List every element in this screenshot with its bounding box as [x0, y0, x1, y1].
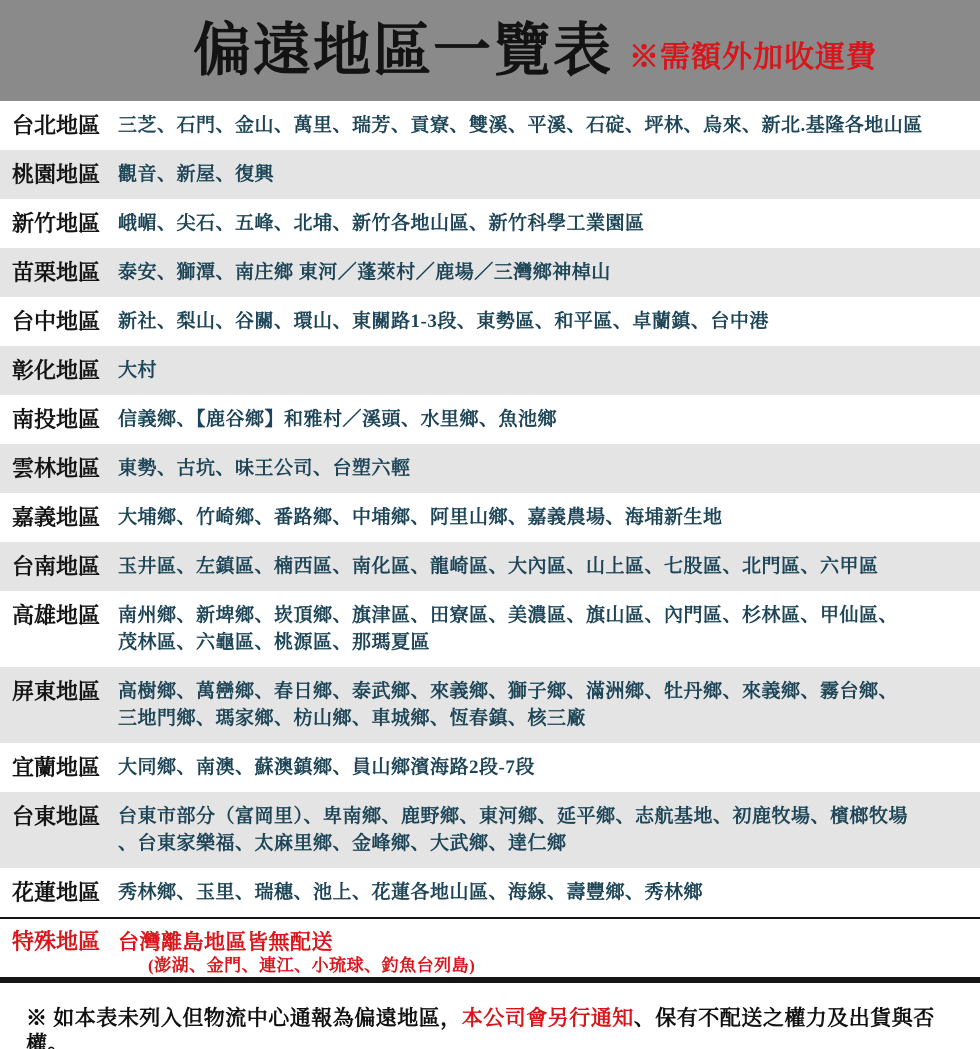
- region-areas: 三芝、石門、金山、萬里、瑞芳、貢寮、雙溪、平溪、石碇、坪林、烏來、新北.基隆各地…: [118, 112, 968, 139]
- region-label: 苗栗地區: [12, 259, 108, 286]
- region-row-taitung: 台東地區 台東市部分（富岡里）、卑南鄉、鹿野鄉、東河鄉、延平鄉、志航基地、初鹿牧…: [0, 792, 980, 868]
- regions-table: 台北地區 三芝、石門、金山、萬里、瑞芳、貢寮、雙溪、平溪、石碇、坪林、烏來、新北…: [0, 101, 980, 917]
- region-areas: 秀林鄉、玉里、瑞穗、池上、花蓮各地山區、海線、壽豐鄉、秀林鄉: [118, 879, 968, 906]
- region-areas: 新社、梨山、谷關、環山、東關路1-3段、東勢區、和平區、卓蘭鎮、台中港: [118, 308, 968, 335]
- special-region-line1: 台灣離島地區皆無配送: [118, 929, 968, 955]
- region-areas: 大村: [118, 357, 968, 384]
- special-region-content: 台灣離島地區皆無配送 (澎湖、金門、連江、小琉球、釣魚台列島): [118, 929, 968, 977]
- surcharge-note: ※需額外加收運費: [629, 43, 877, 73]
- region-label: 桃園地區: [12, 161, 108, 188]
- region-label: 台中地區: [12, 308, 108, 335]
- region-label: 新竹地區: [12, 210, 108, 237]
- region-label: 南投地區: [12, 406, 108, 433]
- footer-text-prefix: ※ 如本表未列入但物流中心通報為偏遠地區，: [26, 1006, 462, 1030]
- region-areas: 峨嵋、尖石、五峰、北埔、新竹各地山區、新竹科學工業園區: [118, 210, 968, 237]
- region-row-yunlin: 雲林地區 東勢、古坑、味王公司、台塑六輕: [0, 444, 980, 493]
- region-label: 花蓮地區: [12, 879, 108, 906]
- region-label: 台東地區: [12, 803, 108, 830]
- region-row-taichung: 台中地區 新社、梨山、谷關、環山、東關路1-3段、東勢區、和平區、卓蘭鎮、台中港: [0, 297, 980, 346]
- footer-note: ※ 如本表未列入但物流中心通報為偏遠地區，本公司會另行通知、保有不配送之權力及出…: [0, 983, 980, 1049]
- region-label: 嘉義地區: [12, 504, 108, 531]
- region-label: 宜蘭地區: [12, 754, 108, 781]
- header-band: 偏遠地區一覽表 ※需額外加收運費: [0, 0, 980, 101]
- region-areas: 觀音、新屋、復興: [118, 161, 968, 188]
- region-areas: 信義鄉、【鹿谷鄉】和雅村／溪頭、水里鄉、魚池鄉: [118, 406, 968, 433]
- region-label: 彰化地區: [12, 357, 108, 384]
- region-areas: 東勢、古坑、味王公司、台塑六輕: [118, 455, 968, 482]
- region-row-chiayi: 嘉義地區 大埔鄉、竹崎鄉、番路鄉、中埔鄉、阿里山鄉、嘉義農場、海埔新生地: [0, 493, 980, 542]
- region-label: 台南地區: [12, 553, 108, 580]
- region-areas: 大埔鄉、竹崎鄉、番路鄉、中埔鄉、阿里山鄉、嘉義農場、海埔新生地: [118, 504, 968, 531]
- region-label: 高雄地區: [12, 602, 108, 629]
- region-row-kaohsiung: 高雄地區 南州鄉、新埤鄉、崁頂鄉、旗津區、田寮區、美濃區、旗山區、內門區、杉林區…: [0, 591, 980, 667]
- region-label: 台北地區: [12, 112, 108, 139]
- region-row-yilan: 宜蘭地區 大同鄉、南澳、蘇澳鎮鄉、員山鄉濱海路2段-7段: [0, 743, 980, 792]
- special-region-label: 特殊地區: [12, 929, 108, 955]
- region-label: 屏東地區: [12, 678, 108, 705]
- region-row-tainan: 台南地區 玉井區、左鎮區、楠西區、南化區、龍崎區、大內區、山上區、七股區、北門區…: [0, 542, 980, 591]
- special-region-row: 特殊地區 台灣離島地區皆無配送 (澎湖、金門、連江、小琉球、釣魚台列島): [0, 919, 980, 977]
- region-areas: 大同鄉、南澳、蘇澳鎮鄉、員山鄉濱海路2段-7段: [118, 754, 968, 781]
- region-areas: 泰安、獅潭、南庄鄉 東河／蓬萊村／鹿場／三灣鄉神棹山: [118, 259, 968, 286]
- footer-highlight: 本公司會另行通知: [462, 1006, 634, 1030]
- region-row-nantou: 南投地區 信義鄉、【鹿谷鄉】和雅村／溪頭、水里鄉、魚池鄉: [0, 395, 980, 444]
- region-row-hsinchu: 新竹地區 峨嵋、尖石、五峰、北埔、新竹各地山區、新竹科學工業園區: [0, 199, 980, 248]
- region-areas: 台東市部分（富岡里）、卑南鄉、鹿野鄉、東河鄉、延平鄉、志航基地、初鹿牧場、檳榔牧…: [118, 803, 968, 857]
- region-row-taipei: 台北地區 三芝、石門、金山、萬里、瑞芳、貢寮、雙溪、平溪、石碇、坪林、烏來、新北…: [0, 101, 980, 150]
- page-title: 偏遠地區一覽表: [193, 22, 613, 80]
- special-region-line2: (澎湖、金門、連江、小琉球、釣魚台列島): [148, 955, 968, 977]
- region-row-taoyuan: 桃園地區 觀音、新屋、復興: [0, 150, 980, 199]
- region-row-changhua: 彰化地區 大村: [0, 346, 980, 395]
- region-row-miaoli: 苗栗地區 泰安、獅潭、南庄鄉 東河／蓬萊村／鹿場／三灣鄉神棹山: [0, 248, 980, 297]
- region-areas: 高樹鄉、萬巒鄉、春日鄉、泰武鄉、來義鄉、獅子鄉、滿洲鄉、牡丹鄉、來義鄉、霧台鄉、…: [118, 678, 968, 732]
- region-row-pingtung: 屏東地區 高樹鄉、萬巒鄉、春日鄉、泰武鄉、來義鄉、獅子鄉、滿洲鄉、牡丹鄉、來義鄉…: [0, 667, 980, 743]
- region-areas: 南州鄉、新埤鄉、崁頂鄉、旗津區、田寮區、美濃區、旗山區、內門區、杉林區、甲仙區、…: [118, 602, 968, 656]
- region-label: 雲林地區: [12, 455, 108, 482]
- region-areas: 玉井區、左鎮區、楠西區、南化區、龍崎區、大內區、山上區、七股區、北門區、六甲區: [118, 553, 968, 580]
- region-row-hualien: 花蓮地區 秀林鄉、玉里、瑞穗、池上、花蓮各地山區、海線、壽豐鄉、秀林鄉: [0, 868, 980, 917]
- remote-areas-table-page: 偏遠地區一覽表 ※需額外加收運費 台北地區 三芝、石門、金山、萬里、瑞芳、貢寮、…: [0, 0, 980, 1049]
